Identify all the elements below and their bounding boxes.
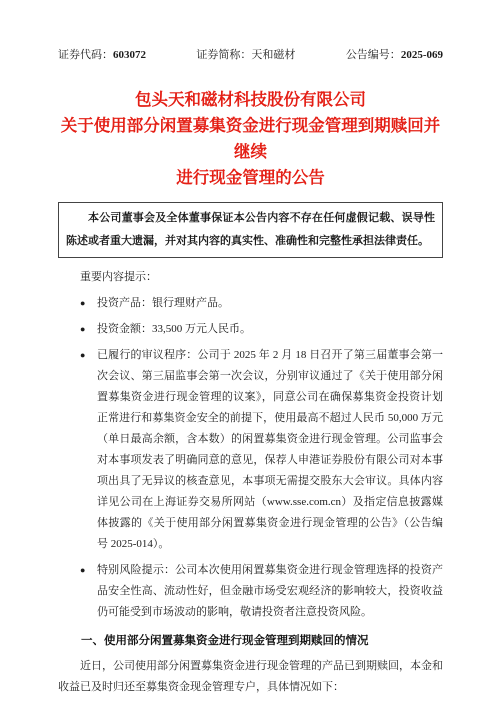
list-item-text: 投资产品：银行理财产品。 — [97, 293, 443, 314]
list-item-risk-warning: ● 特别风险提示：公司本次使用闲置募集资金进行现金管理选择的投资产品安全性高、流… — [58, 560, 443, 623]
bullet-icon: ● — [58, 293, 97, 314]
important-tips-list: ● 投资产品：银行理财产品。 ● 投资金额：33,500 万元人民币。 ● 已履… — [58, 293, 443, 623]
list-item-investment-product: ● 投资产品：银行理财产品。 — [58, 293, 443, 314]
subject-line-1: 关于使用部分闲置募集资金进行现金管理到期赎回并继续 — [61, 117, 441, 161]
stock-name-value: 天和磁材 — [251, 49, 295, 61]
title-block: 包头天和磁材科技股份有限公司 关于使用部分闲置募集资金进行现金管理到期赎回并继续… — [58, 87, 443, 191]
board-declaration-box: 本公司董事会及全体董事保证本公告内容不存在任何虚假记载、误导性陈述或者重大遗漏，… — [58, 202, 443, 258]
bullet-icon: ● — [58, 560, 97, 623]
announcement-document: 证券代码：603072 证券简称：天和磁材 公告编号：2025-069 包头天和… — [0, 0, 500, 707]
section-1-paragraph: 近日，公司使用部分闲置募集资金进行现金管理的产品已到期赎回，本金和收益已及时归还… — [58, 656, 443, 698]
subject-line-2: 进行现金管理的公告 — [176, 169, 325, 187]
board-declaration-text: 本公司董事会及全体董事保证本公告内容不存在任何虚假记载、误导性陈述或者重大遗漏，… — [66, 207, 435, 253]
company-name-title: 包头天和磁材科技股份有限公司 — [58, 87, 443, 113]
bullet-icon: ● — [58, 319, 97, 340]
stock-code-label: 证券代码： — [58, 49, 113, 61]
announcement-number-value: 2025-069 — [401, 49, 443, 61]
list-item-text: 投资金额：33,500 万元人民币。 — [97, 319, 443, 340]
stock-code-value: 603072 — [113, 49, 146, 61]
stock-code: 证券代码：603072 — [58, 49, 146, 62]
stock-name: 证券简称：天和磁材 — [196, 49, 295, 62]
stock-name-label: 证券简称： — [196, 49, 251, 61]
list-item-investment-amount: ● 投资金额：33,500 万元人民币。 — [58, 319, 443, 340]
announcement-number: 公告编号：2025-069 — [346, 49, 443, 62]
bullet-icon: ● — [58, 345, 97, 555]
announcement-number-label: 公告编号： — [346, 49, 401, 61]
list-item-review-procedure: ● 已履行的审议程序：公司于 2025 年 2 月 18 日召开了第三届董事会第… — [58, 345, 443, 555]
list-item-text: 特别风险提示：公司本次使用闲置募集资金进行现金管理选择的投资产品安全性高、流动性… — [97, 560, 443, 623]
section-1-heading: 一、使用部分闲置募集资金进行现金管理到期赎回的情况 — [58, 631, 443, 652]
important-tips-heading: 重要内容提示： — [58, 267, 443, 288]
doc-header: 证券代码：603072 证券简称：天和磁材 公告编号：2025-069 — [58, 49, 443, 62]
announcement-subject-title: 关于使用部分闲置募集资金进行现金管理到期赎回并继续进行现金管理的公告 — [58, 113, 443, 191]
list-item-text: 已履行的审议程序：公司于 2025 年 2 月 18 日召开了第三届董事会第一次… — [97, 345, 443, 555]
